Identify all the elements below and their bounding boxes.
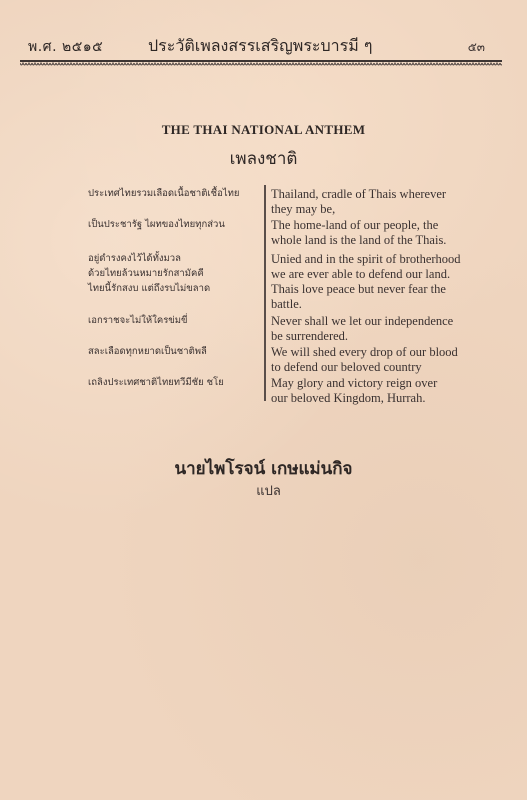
header-book-title: ประวัติเพลงสรรเสริญพระบารมี ๆ xyxy=(148,34,372,59)
english-line: our beloved Kingdom, Hurrah. xyxy=(271,391,486,406)
page-number: ๕๓ xyxy=(468,38,485,57)
thai-line: เอกราชจะไม่ให้ใครข่มขี่ xyxy=(88,314,258,328)
translator-name: นายไพโรจน์ เกษแม่นกิจ xyxy=(0,455,527,482)
english-line: battle. xyxy=(271,297,486,312)
english-line: they may be, xyxy=(271,202,486,217)
english-line: May glory and victory reign over xyxy=(271,376,486,391)
english-line: Thais love peace but never fear the xyxy=(271,282,486,297)
thai-verse: เถลิงประเทศชาติไทยทวีมีชัย ชโย xyxy=(88,376,258,390)
english-line: we are ever able to defend our land. xyxy=(271,267,486,282)
english-line: whole land is the land of the Thais. xyxy=(271,233,486,248)
thai-verse: เอกราชจะไม่ให้ใครข่มขี่ xyxy=(88,314,258,328)
thai-line: ด้วยไทยล้วนหมายรักสามัคคี xyxy=(88,267,258,281)
english-line: Thailand, cradle of Thais wherever xyxy=(271,187,486,202)
thai-verse: ด้วยไทยล้วนหมายรักสามัคคี xyxy=(88,267,258,281)
thai-verse: ประเทศไทยรวมเลือดเนื้อชาติเชื้อไทย xyxy=(88,187,258,201)
thai-verse: สละเลือดทุกหยาดเป็นชาติพลี xyxy=(88,345,258,359)
header-year: พ.ศ. ๒๕๑๕ xyxy=(28,36,103,58)
thai-line: สละเลือดทุกหยาดเป็นชาติพลี xyxy=(88,345,258,359)
thai-line: ไทยนี้รักสงบ แต่ถึงรบไม่ขลาด xyxy=(88,282,258,296)
header-rule xyxy=(20,60,502,68)
english-line: The home-land of our people, the xyxy=(271,218,486,233)
english-line: to defend our beloved country xyxy=(271,360,486,375)
anthem-title-thai: เพลงชาติ xyxy=(0,145,527,172)
english-verse: The home-land of our people, thewhole la… xyxy=(271,218,486,248)
english-line: We will shed every drop of our blood xyxy=(271,345,486,360)
english-verse: Thais love peace but never fear thebattl… xyxy=(271,282,486,312)
english-verse: May glory and victory reign overour belo… xyxy=(271,376,486,406)
english-verse: Unied and in the spirit of brotherhood xyxy=(271,252,486,267)
header-rule-wave xyxy=(20,62,502,68)
thai-verse: อยู่ดำรงคงไว้ได้ทั้งมวล xyxy=(88,252,258,266)
english-verse: Never shall we let our independencebe su… xyxy=(271,314,486,344)
english-verse: We will shed every drop of our bloodto d… xyxy=(271,345,486,375)
column-divider xyxy=(264,185,266,401)
english-line: Unied and in the spirit of brotherhood xyxy=(271,252,486,267)
english-verse: Thailand, cradle of Thais whereverthey m… xyxy=(271,187,486,217)
english-line: Never shall we let our independence xyxy=(271,314,486,329)
running-header: พ.ศ. ๒๕๑๕ ประวัติเพลงสรรเสริญพระบารมี ๆ … xyxy=(28,34,499,58)
english-line: be surrendered. xyxy=(271,329,486,344)
translator-role: แปล xyxy=(0,480,527,501)
thai-line: อยู่ดำรงคงไว้ได้ทั้งมวล xyxy=(88,252,258,266)
thai-line: เป็นประชารัฐ ไผทของไทยทุกส่วน xyxy=(88,218,258,232)
anthem-title-english: THE THAI NATIONAL ANTHEM xyxy=(0,122,527,138)
english-verse: we are ever able to defend our land. xyxy=(271,267,486,282)
thai-verse: ไทยนี้รักสงบ แต่ถึงรบไม่ขลาด xyxy=(88,282,258,296)
thai-verse: เป็นประชารัฐ ไผทของไทยทุกส่วน xyxy=(88,218,258,232)
thai-line: เถลิงประเทศชาติไทยทวีมีชัย ชโย xyxy=(88,376,258,390)
thai-line: ประเทศไทยรวมเลือดเนื้อชาติเชื้อไทย xyxy=(88,187,258,201)
